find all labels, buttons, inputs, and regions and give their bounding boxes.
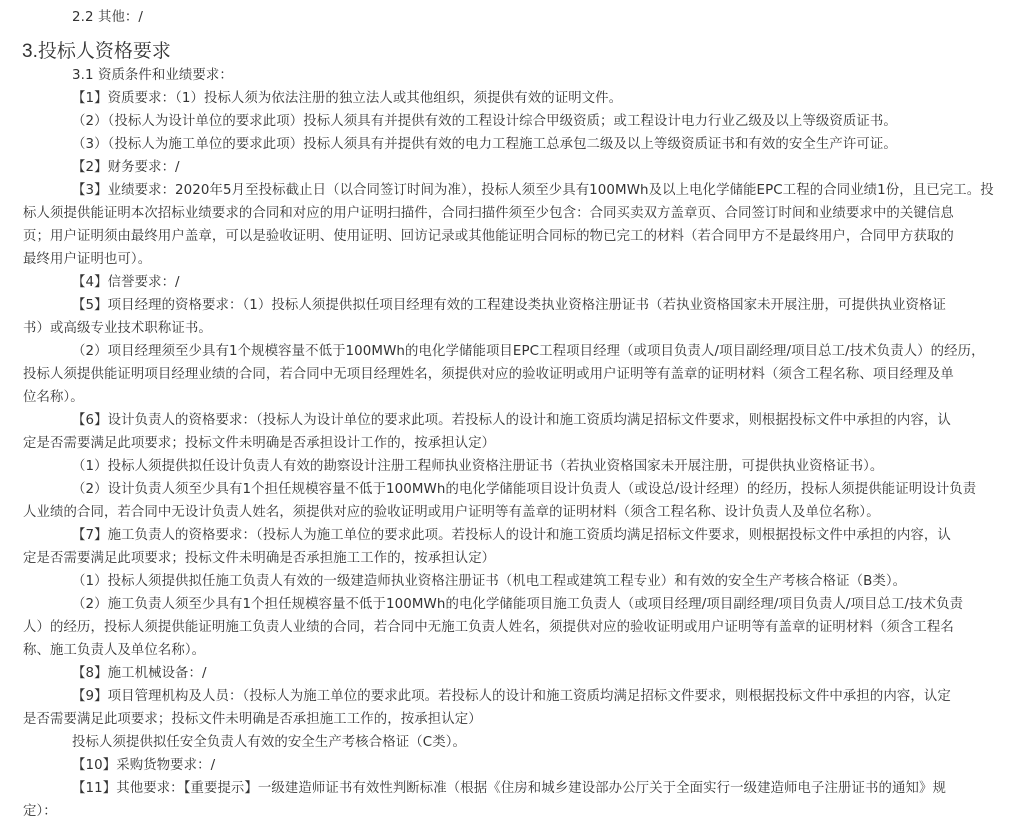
paragraph-line: 【4】信誉要求：/ [72, 271, 180, 294]
section-3-1: 3.1 资质条件和业绩要求： [72, 64, 233, 87]
paragraph-line: （3）（投标人为施工单位的要求此项）投标人须具有并提供有效的电力工程施工总承包二… [72, 133, 897, 156]
paragraph-line: 位名称）。 [23, 386, 84, 409]
paragraph-line: 【8】施工机械设备：/ [72, 662, 207, 685]
paragraph-line: （2）施工负责人须至少具有1个担任规模容量不低于100MWh的电化学储能项目施工… [72, 593, 963, 616]
paragraph-line: 【11】其他要求：【重要提示】一级建造师证书有效性判断标准（根据《住房和城乡建设… [72, 777, 946, 800]
paragraph-line: 人）的经历，投标人须提供能证明施工负责人业绩的合同，若合同中无施工负责人姓名，须… [23, 616, 954, 639]
paragraph-line: 定是否需要满足此项要求；投标文件未明确是否承担施工工作的，按承担认定） [23, 547, 495, 570]
paragraph-line: 投标人须提供能证明项目经理业绩的合同，若合同中无项目经理姓名，须提供对应的验收证… [23, 363, 954, 386]
paragraph-line: 定是否需要满足此项要求；投标文件未明确是否承担设计工作的，按承担认定） [23, 432, 495, 455]
paragraph-line: （1）投标人须提供拟任设计负责人有效的勘察设计注册工程师执业资格注册证书（若执业… [72, 455, 883, 478]
paragraph-line: （2）（投标人为设计单位的要求此项）投标人须具有并提供有效的工程设计综合甲级资质… [72, 110, 897, 133]
paragraph-line: 【6】设计负责人的资格要求：（投标人为设计单位的要求此项。若投标人的设计和施工资… [72, 409, 951, 432]
paragraph-line: 定）： [23, 800, 57, 823]
paragraph-line: 页；用户证明须由最终用户盖章，可以是验收证明、使用证明、回访记录或其他能证明合同… [23, 225, 954, 248]
paragraph-line: 【9】项目管理机构及人员：（投标人为施工单位的要求此项。若投标人的设计和施工资质… [72, 685, 951, 708]
paragraph-line: 最终用户证明也可）。 [23, 248, 151, 271]
paragraph-line: 投标人须提供拟任安全负责人有效的安全生产考核合格证（C类）。 [72, 731, 466, 754]
paragraph-line: 标人须提供能证明本次招标业绩要求的合同和对应的用户证明扫描件，合同扫描件须至少包… [23, 202, 954, 225]
paragraph-line: 【2】财务要求：/ [72, 156, 180, 179]
paragraph-line: 称、施工负责人及单位名称）。 [23, 639, 205, 662]
paragraph-line: 【1】资质要求：（1）投标人须为依法注册的独立法人或其他组织，须提供有效的证明文… [72, 87, 622, 110]
section-2-2: 2.2 其他：/ [72, 6, 143, 29]
paragraph-line: 【10】采购货物要求：/ [72, 754, 215, 777]
paragraph-line: 是否需要满足此项要求；投标文件未明确是否承担施工工作的，按承担认定） [23, 708, 482, 731]
paragraph-line: 【3】业绩要求：2020年5月至投标截止日（以合同签订时间为准），投标人须至少具… [72, 179, 994, 202]
paragraph-line: （2）设计负责人须至少具有1个担任规模容量不低于100MWh的电化学储能项目设计… [72, 478, 976, 501]
paragraph-line: 书）或高级专业技术职称证书。 [23, 317, 212, 340]
paragraph-line: 人业绩的合同，若合同中无设计负责人姓名，须提供对应的验收证明或用户证明等有盖章的… [23, 501, 880, 524]
paragraph-line: （2）项目经理须至少具有1个规模容量不低于100MWh的电化学储能项目EPC工程… [72, 340, 985, 363]
paragraph-line: 【5】项目经理的资格要求：（1）投标人须提供拟任项目经理有效的工程建设类执业资格… [72, 294, 946, 317]
section-3-heading: 3.投标人资格要求 [22, 38, 171, 66]
paragraph-line: （1）投标人须提供拟任施工负责人有效的一级建造师执业资格注册证书（机电工程或建筑… [72, 570, 906, 593]
paragraph-line: 【7】施工负责人的资格要求：（投标人为施工单位的要求此项。若投标人的设计和施工资… [72, 524, 951, 547]
